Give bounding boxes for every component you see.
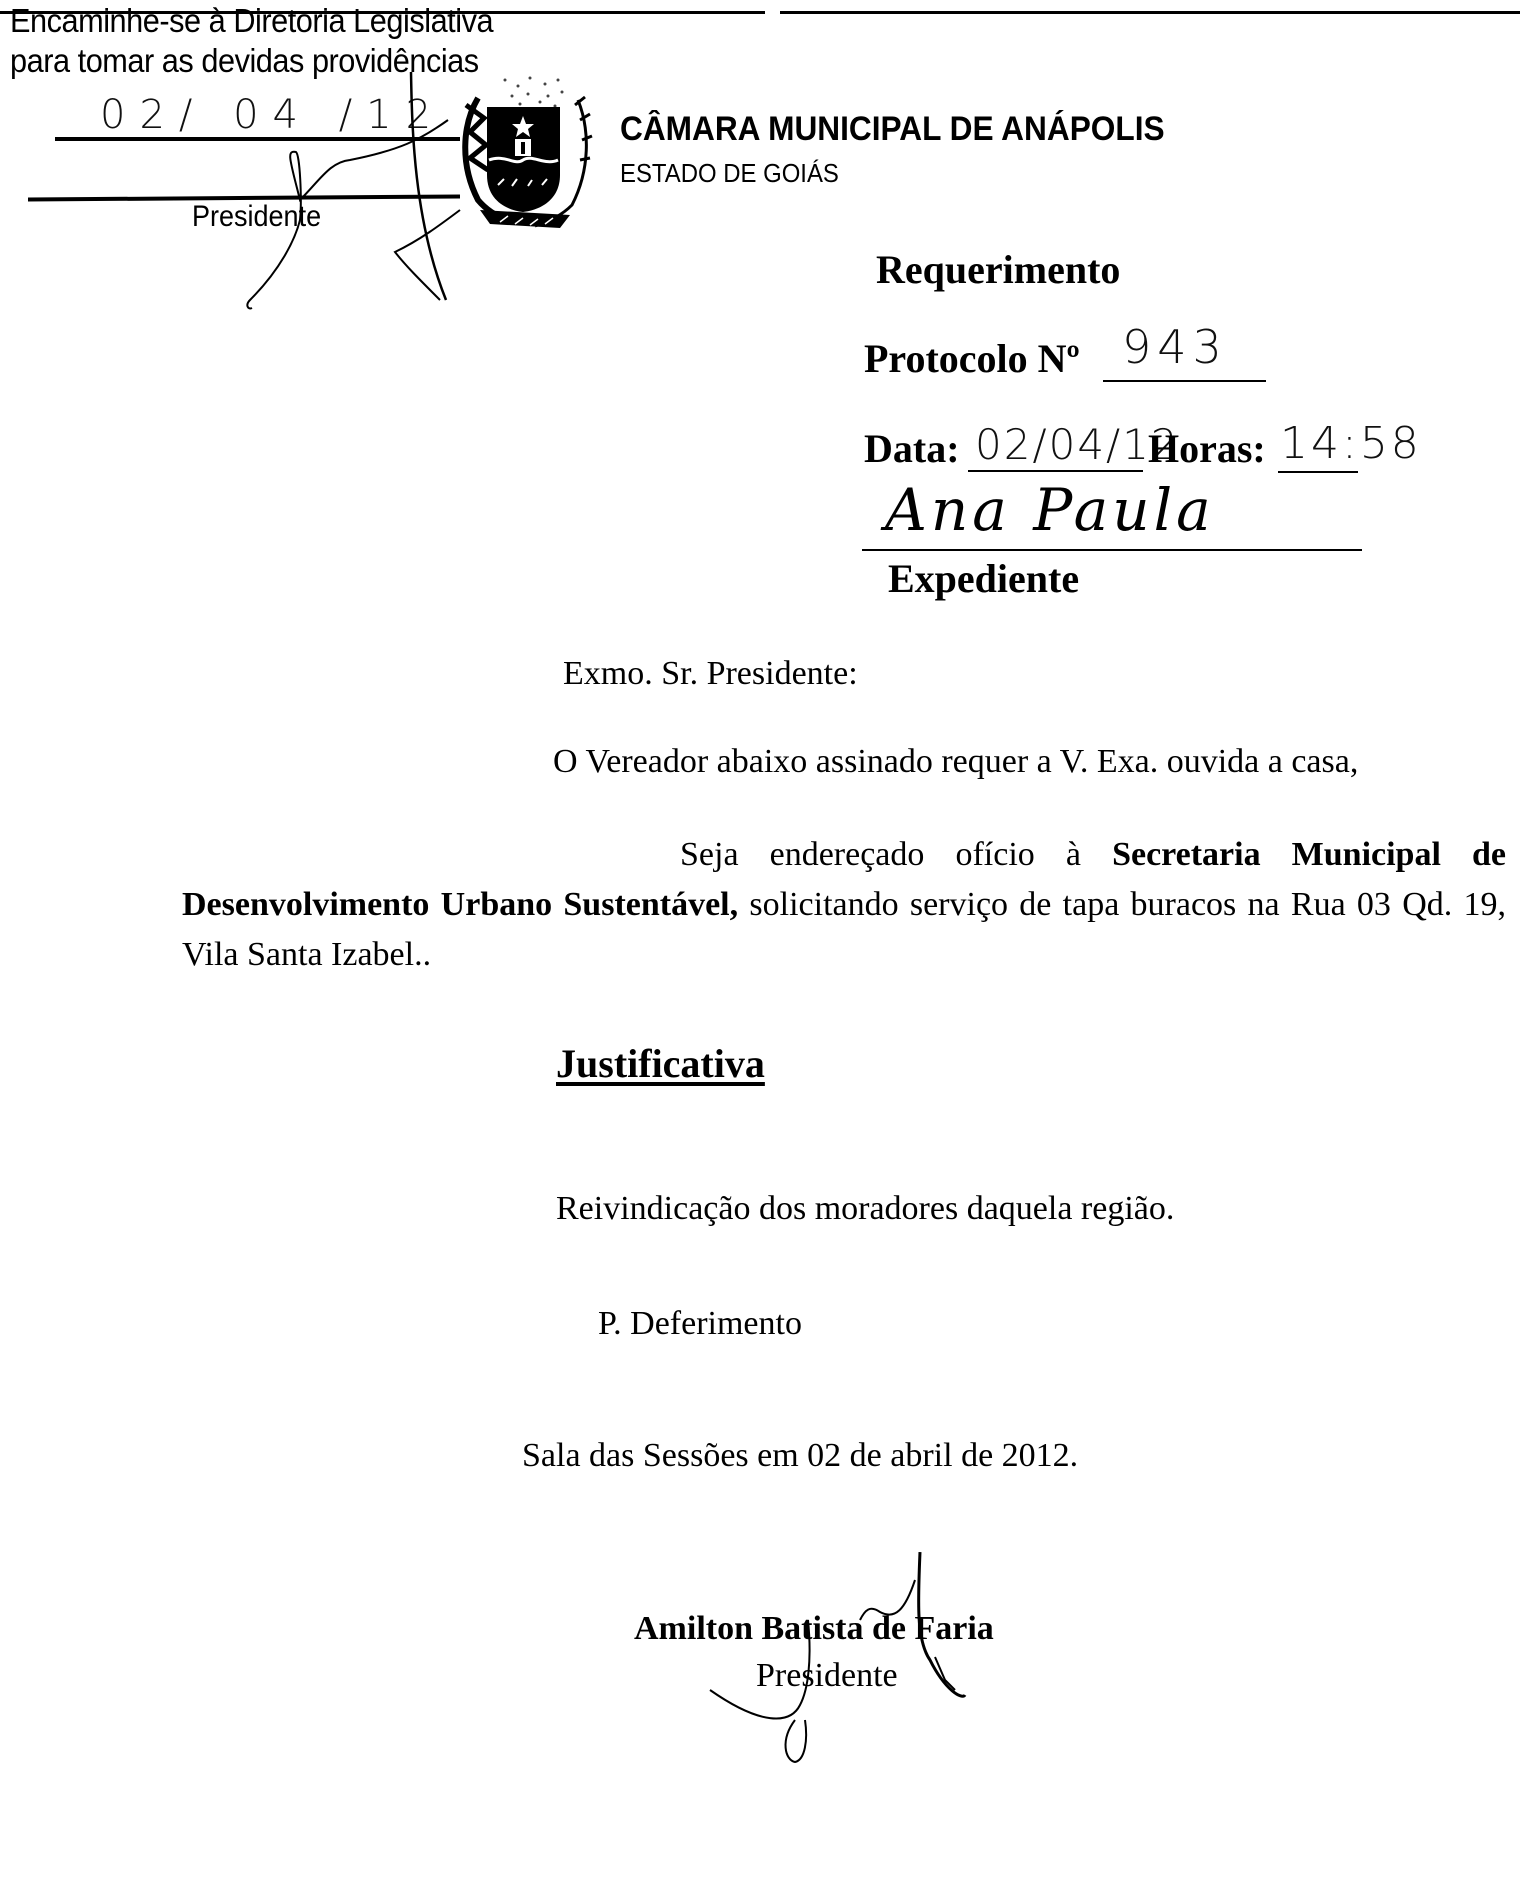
stamp-date-line: [55, 137, 460, 141]
closing: P. Deferimento: [598, 1305, 802, 1343]
stamp-line-1: Encaminhe-se à Diretoria Legislativa: [10, 2, 493, 40]
place-and-date: Sala das Sessões em 02 de abril de 2012.: [522, 1437, 1078, 1475]
expediente-label: Expediente: [888, 555, 1079, 602]
protocol-underline: [1103, 380, 1266, 382]
organization-name: CÂMARA MUNICIPAL DE ANÁPOLIS: [620, 110, 1165, 149]
date-label: Data:: [864, 425, 960, 472]
protocol-number: 943: [1122, 320, 1228, 374]
signer-role: Presidente: [756, 1657, 898, 1695]
organization-state: ESTADO DE GOIÁS: [620, 158, 839, 189]
top-rule-right: [780, 11, 1520, 14]
hours-label: Horas:: [1148, 425, 1266, 472]
hours-underline: [1278, 471, 1358, 473]
justification-text: Reivindicação dos moradores daquela regi…: [556, 1190, 1174, 1228]
clerk-signature: Ana Paula: [885, 476, 1215, 544]
intro-paragraph: O Vereador abaixo assinado requer a V. E…: [553, 743, 1358, 781]
salutation: Exmo. Sr. Presidente:: [563, 655, 858, 693]
stamp-signature-label: Presidente: [192, 200, 321, 234]
clerk-signature-line: [862, 549, 1362, 551]
request-prefix: Seja endereçado ofício à: [680, 836, 1112, 873]
stamp-line-2: para tomar as devidas providências: [10, 42, 479, 80]
justification-title: Justificativa: [556, 1040, 765, 1087]
hours-value: 14:58: [1280, 418, 1422, 469]
stamp-handwritten-date: 02/ 04 /12: [100, 92, 445, 138]
signer-name: Amilton Batista de Faria: [634, 1610, 994, 1648]
request-paragraph: Seja endereçado ofício à Secretaria Muni…: [182, 830, 1506, 980]
date-underline: [968, 470, 1143, 472]
document-type: Requerimento: [876, 246, 1120, 293]
protocol-label: Protocolo Nº: [864, 335, 1080, 382]
